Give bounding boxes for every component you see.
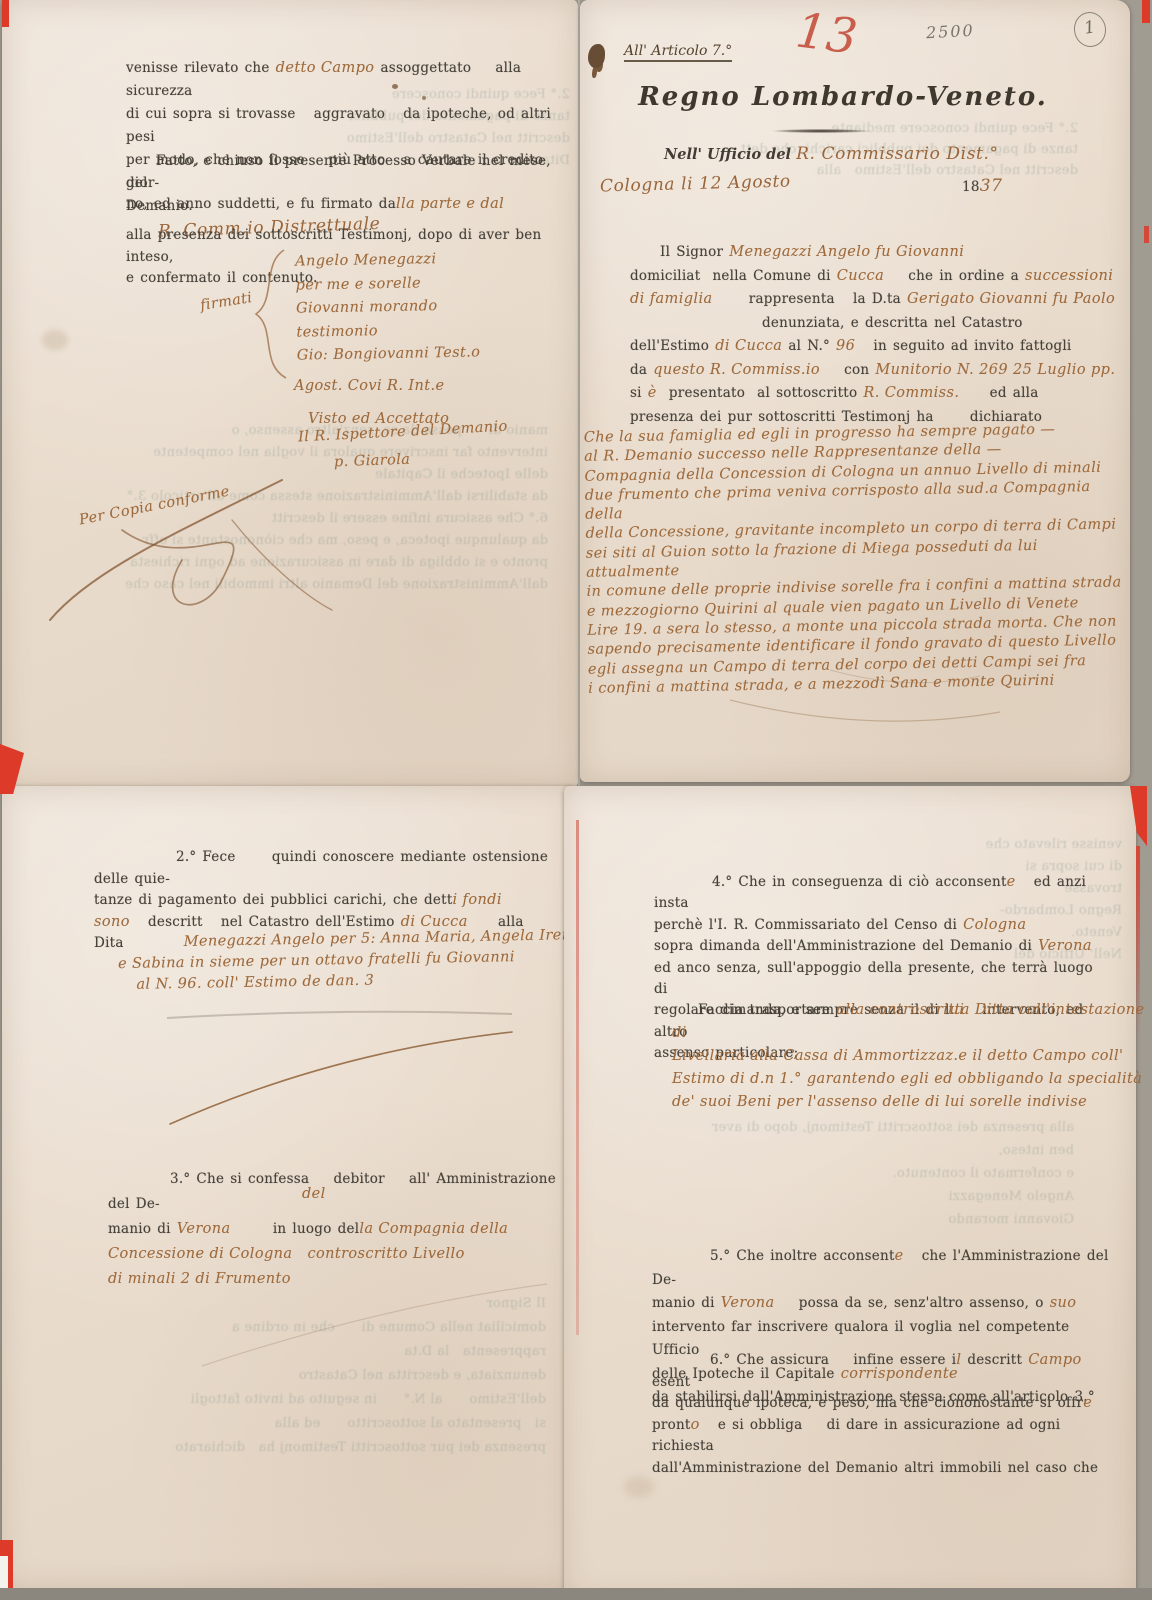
faccia-trasportare: Faccia trasportare alla controscritta Di…	[672, 998, 1150, 1113]
text-line: dell'Estimo al N.° in seguito ad invito …	[86, 1388, 546, 1412]
text-line: venisse rilevato che	[972, 834, 1122, 856]
faint-curve	[182, 1266, 562, 1376]
text-line: Faccia trasportare alla controscritta Di…	[672, 998, 1150, 1044]
red-number: 13	[793, 2, 860, 65]
signature-list: Angelo Menegazziper me e sorelleGiovanni…	[295, 246, 481, 367]
text-line: 4.° Che in conseguenza di ciò acconsente…	[654, 871, 1112, 914]
red-binding-seam	[576, 820, 579, 1335]
red-binding	[1136, 846, 1140, 1036]
page-top-left: 2.° Fece quindi conosceretanze di pagame…	[2, 0, 578, 788]
text-line: tanze di pagamento dei pubblici carichi,…	[94, 889, 556, 911]
ink-blot	[588, 44, 605, 68]
red-binding	[1144, 226, 1149, 243]
text-line: manio di Verona in luogo della Compagnia…	[108, 1216, 560, 1241]
text-line: si è presentato al sottoscritto R. Commi…	[630, 381, 1116, 405]
text-line: Il Signor Menegazzi Angelo fu Giovanni	[630, 240, 1116, 264]
page-bottom-right: venisse rilevato chedi cui sopra si trov…	[564, 786, 1136, 1598]
text-line: 2.° Fece quindi conoscere mediante	[708, 118, 1078, 139]
text-line: di famiglia rappresenta la D.ta Gerigato…	[630, 287, 1116, 311]
text-line: Giovanni morando	[684, 1208, 1074, 1231]
page-title: Regno Lombardo-Veneto.	[620, 82, 1066, 112]
ditta-handwritten: Menegazzi Angelo per 5: Anna Maria, Ange…	[117, 924, 588, 995]
text-line: pronto e si obbliga di dare in assicuraz…	[652, 1414, 1112, 1457]
articolo-annotation: All' Articolo 7.°	[624, 40, 732, 59]
text-line: Estimo di d.n 1.° garantendo egli ed obb…	[672, 1067, 1150, 1090]
text-line: testimonio	[296, 317, 480, 344]
del-superscript: del	[302, 1186, 326, 1202]
pen-stroke-curve	[152, 1022, 532, 1132]
text-line: domiciliat nella Comune di Cucca che in …	[630, 264, 1116, 288]
page-number-circled: 1	[1071, 9, 1109, 49]
text-line: de' suoi Beni per l'assenso delle di lui…	[672, 1090, 1150, 1113]
text-line: Giovanni morando	[296, 293, 480, 320]
paper-edge	[0, 1556, 8, 1590]
text-line: venisse rilevato che detto Campo assogge…	[126, 56, 568, 102]
paper-stain	[624, 1476, 654, 1498]
text-line: sopra dimanda dell'Amministrazione del D…	[654, 935, 1112, 956]
signature-flourish	[32, 460, 362, 650]
text-line: Fatto, e chiuso il presente Processo Ver…	[126, 150, 568, 193]
paper-stain	[42, 330, 68, 350]
ink-speckle	[392, 84, 398, 89]
text-line: Concessione di Cologna controscritto Liv…	[108, 1241, 560, 1266]
text-line: 3.° Che si confessa debitor all' Amminis…	[108, 1166, 560, 1216]
ufficio-line: Nell' Ufficio del R. Commissario Dist.°	[664, 144, 999, 164]
page-seam	[578, 0, 580, 786]
text-line: per me e sorelle	[295, 270, 479, 297]
red-binding	[1142, 0, 1150, 23]
title-divider	[772, 129, 870, 133]
text-line: da qualunque ipoteca, e peso, ma che ciò…	[652, 1392, 1112, 1414]
red-binding	[2, 0, 9, 27]
text-line: perchè l'I. R. Commissariato del Censo d…	[654, 914, 1112, 935]
text-line: Livellaria alla Cassa di Ammortizzaz.e i…	[672, 1044, 1150, 1067]
text-line: Nell' Ufficio del R. Commissario Dist.°	[664, 144, 999, 164]
page-bottom-left: Il Signordomiciliat nella Comune di che …	[2, 786, 574, 1588]
page-top-right: 2.° Fece quindi conoscere mediantetanze …	[580, 0, 1130, 782]
text-line: Angelo Menegazzi	[684, 1185, 1074, 1208]
document-scan: 2.° Fece quindi conosceretanze di pagame…	[0, 0, 1152, 1600]
text-line: dall'Amministrazione del Demanio altri i…	[652, 1457, 1112, 1479]
text-line: 6.° Che assicura infine essere il descri…	[652, 1349, 1112, 1392]
text-line: 1837	[962, 176, 1003, 196]
text-line: manio di Verona possa da se, senz'altro …	[652, 1291, 1112, 1315]
text-line: di cui sopra si trovasse aggravato da ip…	[126, 102, 568, 148]
ink-speckle	[422, 96, 426, 100]
text-line: denunziata, e descritta nel Catastro	[630, 311, 1116, 335]
text-line: si presentato al sottoscritto ed alla	[86, 1412, 546, 1436]
text-line: da questo R. Commiss.io con Munitorio N.…	[630, 358, 1116, 382]
pen-stroke	[700, 650, 1040, 750]
text-line: presenza dei pur sottoscritti Testimonj …	[86, 1436, 546, 1460]
text-line: 5.° Che inoltre acconsente che l'Amminis…	[652, 1244, 1112, 1291]
declaration-form: Il Signor Menegazzi Angelo fu Giovannido…	[630, 240, 1116, 428]
handwritten-brace	[246, 246, 292, 382]
year-line: 1837	[962, 176, 1003, 196]
bleedthrough-text: alla presenza dei sottoscritti Testimonj…	[684, 1116, 1074, 1231]
text-line: Gio: Bongiovanni Test.o	[297, 340, 481, 367]
text-line: e confermato il contenuto.	[684, 1162, 1074, 1185]
text-line: Agost. Covi R. Int.e	[294, 369, 449, 402]
paragraph-fatto: Fatto, e chiuso il presente Processo Ver…	[126, 150, 568, 235]
pencil-number: 2500	[926, 21, 976, 43]
date-line: Cologna li 12 Agosto	[600, 172, 791, 197]
text-line: Cologna li 12 Agosto	[600, 172, 791, 197]
text-line: ed anco senza, sull'appoggio della prese…	[654, 957, 1112, 1000]
text-line: Angelo Menegazzi	[295, 246, 479, 273]
text-line: 2.° Fece quindi conoscere mediante osten…	[94, 846, 556, 889]
text-line: All' Articolo 7.°	[624, 40, 732, 59]
section-6: 6.° Che assicura infine essere il descri…	[652, 1349, 1112, 1478]
scan-shadow-band	[0, 1588, 1152, 1600]
text-line: dell'Estimo di Cucca al N.° 96 in seguit…	[630, 334, 1116, 358]
text-line: alla presenza dei sottoscritti Testimonj…	[684, 1116, 1074, 1162]
